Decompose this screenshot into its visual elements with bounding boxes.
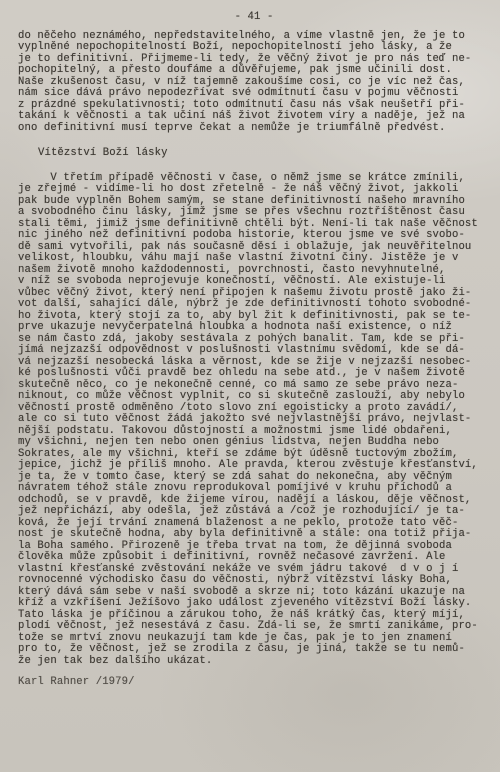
page-number: - 41 -: [18, 12, 490, 24]
section-heading: Vítězství Boží lásky: [38, 148, 490, 160]
body-paragraph: V třetím případě věčnosti v čase, o němž…: [18, 173, 490, 668]
document-page: - 41 - do něčeho neznámého, nepředstavit…: [0, 0, 500, 772]
intro-paragraph: do něčeho neznámého, nepředstavitelného,…: [18, 31, 490, 135]
author-signature: Karl Rahner /1979/: [18, 677, 490, 689]
